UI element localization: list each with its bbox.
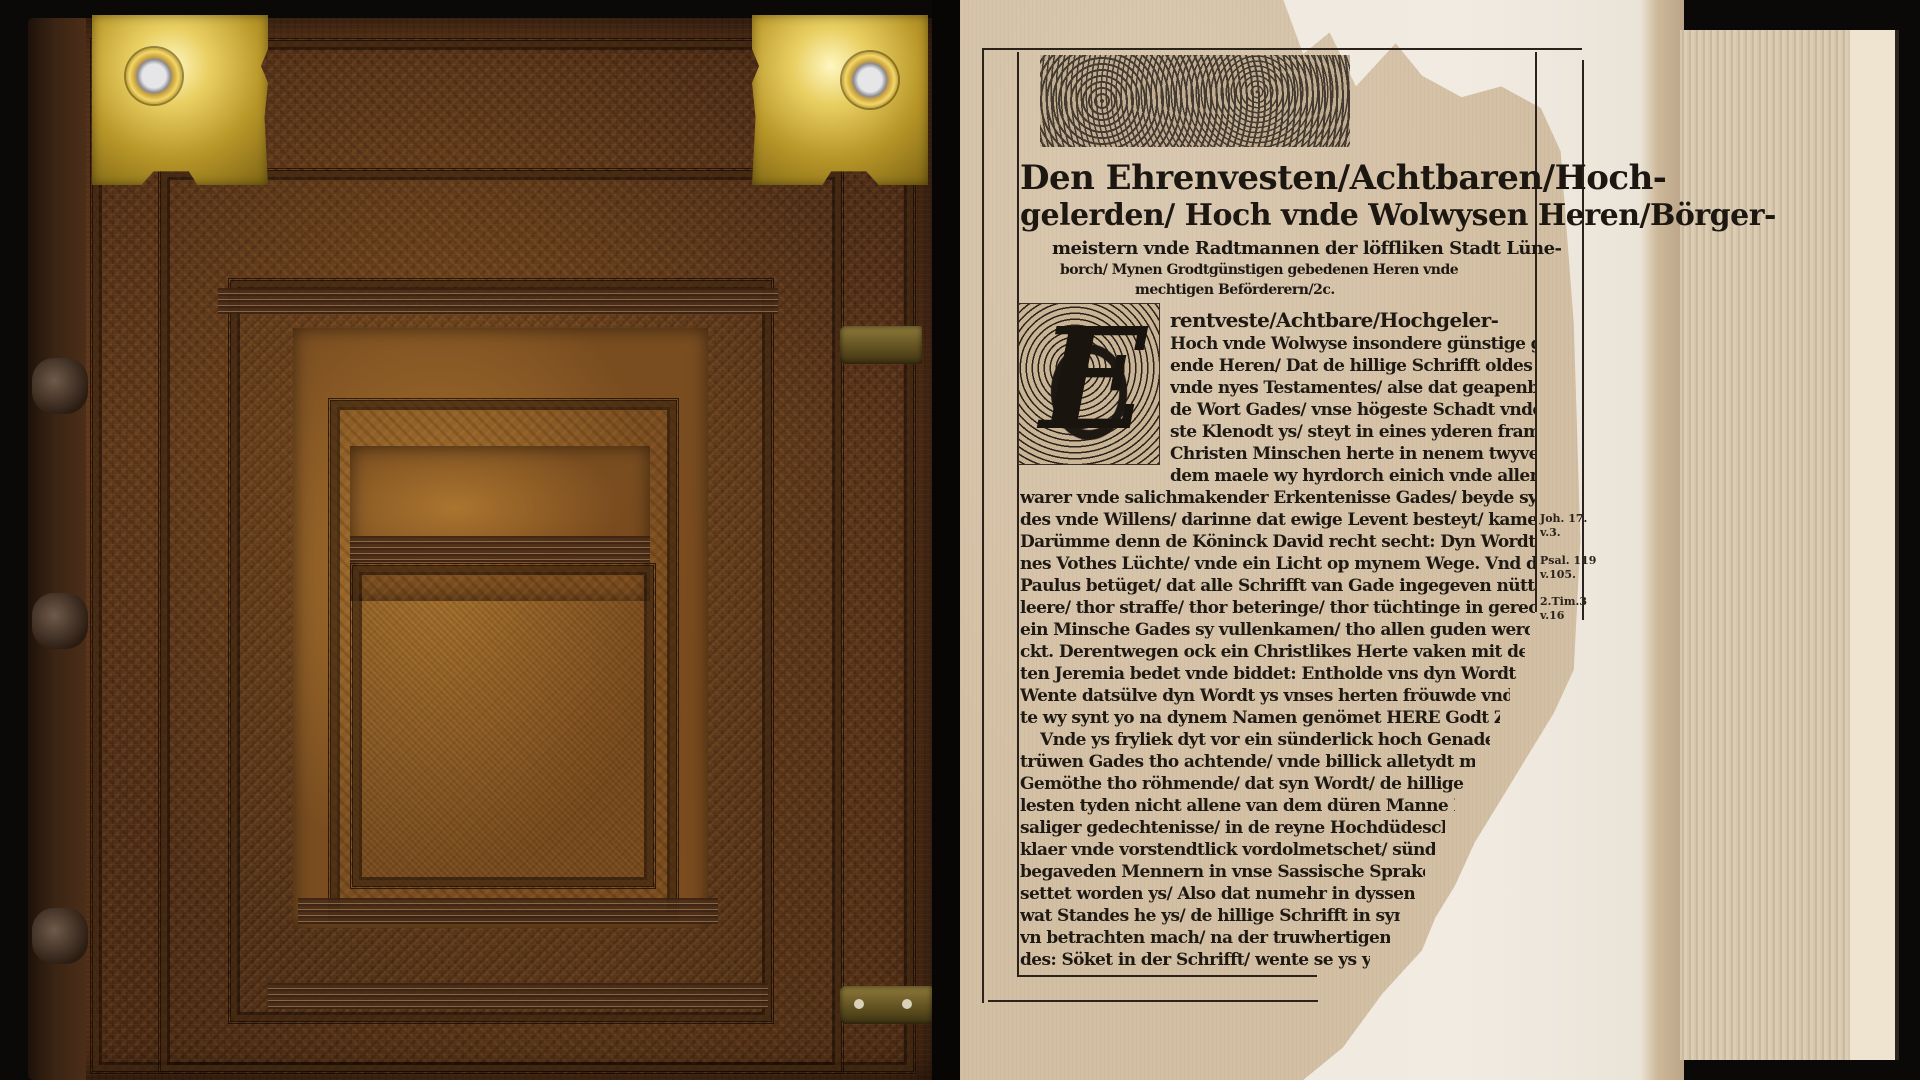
margin-note: 2.Tim.3 xyxy=(1540,595,1587,608)
spine-band xyxy=(32,358,88,414)
title-line-3: meistern vnde Radtmannen der löffliken S… xyxy=(1052,238,1562,259)
top-rule-band xyxy=(218,288,778,314)
body-line: Vnde ys fryliek dyt vor ein sünderlick h… xyxy=(1040,730,1490,750)
body-line: begaveden Mennern in vnse Sassische Spra… xyxy=(1020,862,1425,882)
frame-rule-left-inner xyxy=(1017,52,1019,977)
bottom-clasp xyxy=(840,986,932,1024)
body-line: rentveste/Achtbare/Hochgeler- xyxy=(1170,308,1535,332)
body-line: dem maele wy hyrdorch einich vnde allene… xyxy=(1170,466,1535,486)
spine-band xyxy=(32,908,88,964)
bottom-rule-band-2 xyxy=(268,983,768,1009)
rivet-icon xyxy=(902,999,912,1009)
body-line: leere/ thor straffe/ thor beteringe/ tho… xyxy=(1020,598,1535,618)
body-line: klaer vnde vorstendtlick vordolmetschet/… xyxy=(1020,840,1435,860)
body-line: des vnde Willens/ darinne dat ewige Leve… xyxy=(1020,510,1535,530)
title-line-5: mechtigen Beförderern/2c. xyxy=(1135,282,1335,298)
fore-edge-pages xyxy=(1680,30,1850,1060)
body-line: wat Standes he ys/ de hillige Schrifft i… xyxy=(1020,906,1400,926)
body-line: nes Vothes Lüchte/ vnde ein Licht op myn… xyxy=(1020,554,1535,574)
body-line: Wente datsülve dyn Wordt ys vnses herten… xyxy=(1020,686,1510,706)
margin-note: v.105. xyxy=(1540,568,1576,581)
title-line-2: gelerden/ Hoch vnde Wolwysen Heren/Börge… xyxy=(1020,198,1776,233)
back-board xyxy=(1850,30,1899,1060)
body-line: Darümme denn de Köninck David recht sech… xyxy=(1020,532,1535,552)
spine-band xyxy=(32,593,88,649)
body-line: te wy synt yo na dynem Namen genömet HER… xyxy=(1020,708,1500,728)
margin-note: Joh. 17. xyxy=(1540,512,1587,525)
body-line: ende Heren/ Dat de hillige Schrifft olde… xyxy=(1170,356,1535,376)
title-line-1: Den Ehrenvesten/Achtbaren/Hoch- xyxy=(1020,158,1666,198)
body-line: vn betrachten mach/ na der truwhertigen … xyxy=(1020,928,1390,948)
body-line: saliger gedechtenisse/ in de reyne Hochd… xyxy=(1020,818,1445,838)
center-tooled-medallion xyxy=(350,563,656,889)
body-line: Christen Minschen herte in nenem twyvel.… xyxy=(1170,444,1535,464)
body-line: ste Klenodt ys/ steyt in eines yderen fr… xyxy=(1170,422,1535,442)
frame-rule-bottom-inner xyxy=(1017,975,1317,977)
gold-corner-top-right xyxy=(752,15,928,185)
gold-corner-top-left xyxy=(92,15,268,185)
body-line: ten Jeremia bedet vnde biddet: Entholde … xyxy=(1020,664,1520,684)
frame-rule-bottom-outer xyxy=(988,1000,1318,1002)
image-divider xyxy=(932,0,960,1080)
ornamental-headpiece xyxy=(1040,55,1350,147)
body-line: Gemöthe tho röhmende/ dat syn Wordt/ de … xyxy=(1020,774,1465,794)
jewel-boss-icon xyxy=(126,48,182,104)
frame-rule-right-inner xyxy=(1535,52,1537,612)
body-line: ein Minsche Gades sy vullenkamen/ tho al… xyxy=(1020,620,1530,640)
body-line: des: Söket in der Schrifft/ wente se ys … xyxy=(1020,950,1370,970)
jewel-boss-icon xyxy=(842,52,898,108)
rivet-icon xyxy=(854,999,864,1009)
frame-rule-top xyxy=(982,48,1582,50)
middle-clasp xyxy=(840,326,922,364)
body-line: Hoch vnde Wolwyse insondere günstige ge- xyxy=(1170,334,1535,354)
body-line: settet worden ys/ Also dat numehr in dys… xyxy=(1020,884,1415,904)
bottom-rule-band xyxy=(298,898,718,924)
initial-letter: E xyxy=(1040,300,1147,460)
body-line: warer vnde salichmakender Erkentenisse G… xyxy=(1020,488,1535,508)
frame-rule-right-outer xyxy=(1582,60,1584,620)
body-line: trüwen Gades tho achtende/ vnde billick … xyxy=(1020,752,1475,772)
title-line-4: borch/ Mynen Grodtgünstigen gebedenen He… xyxy=(1060,262,1458,278)
body-line: vnde nyes Testamentes/ alse dat geapenba… xyxy=(1170,378,1535,398)
body-line: ckt. Derentwegen ock ein Christlikes Her… xyxy=(1020,642,1525,662)
body-line: lesten tyden nicht allene van dem düren … xyxy=(1020,796,1455,816)
body-line: Paulus betüget/ dat alle Schrifft van Ga… xyxy=(1020,576,1535,596)
margin-note: v.16 xyxy=(1540,609,1564,622)
margin-note: Psal. 119 xyxy=(1540,554,1596,567)
center-rule-band xyxy=(350,536,650,562)
body-line: de Wort Gades/ vnse högeste Schadt vnde xyxy=(1170,400,1535,420)
frame-rule-left-outer xyxy=(982,48,984,1003)
margin-note: v.3. xyxy=(1540,526,1561,539)
